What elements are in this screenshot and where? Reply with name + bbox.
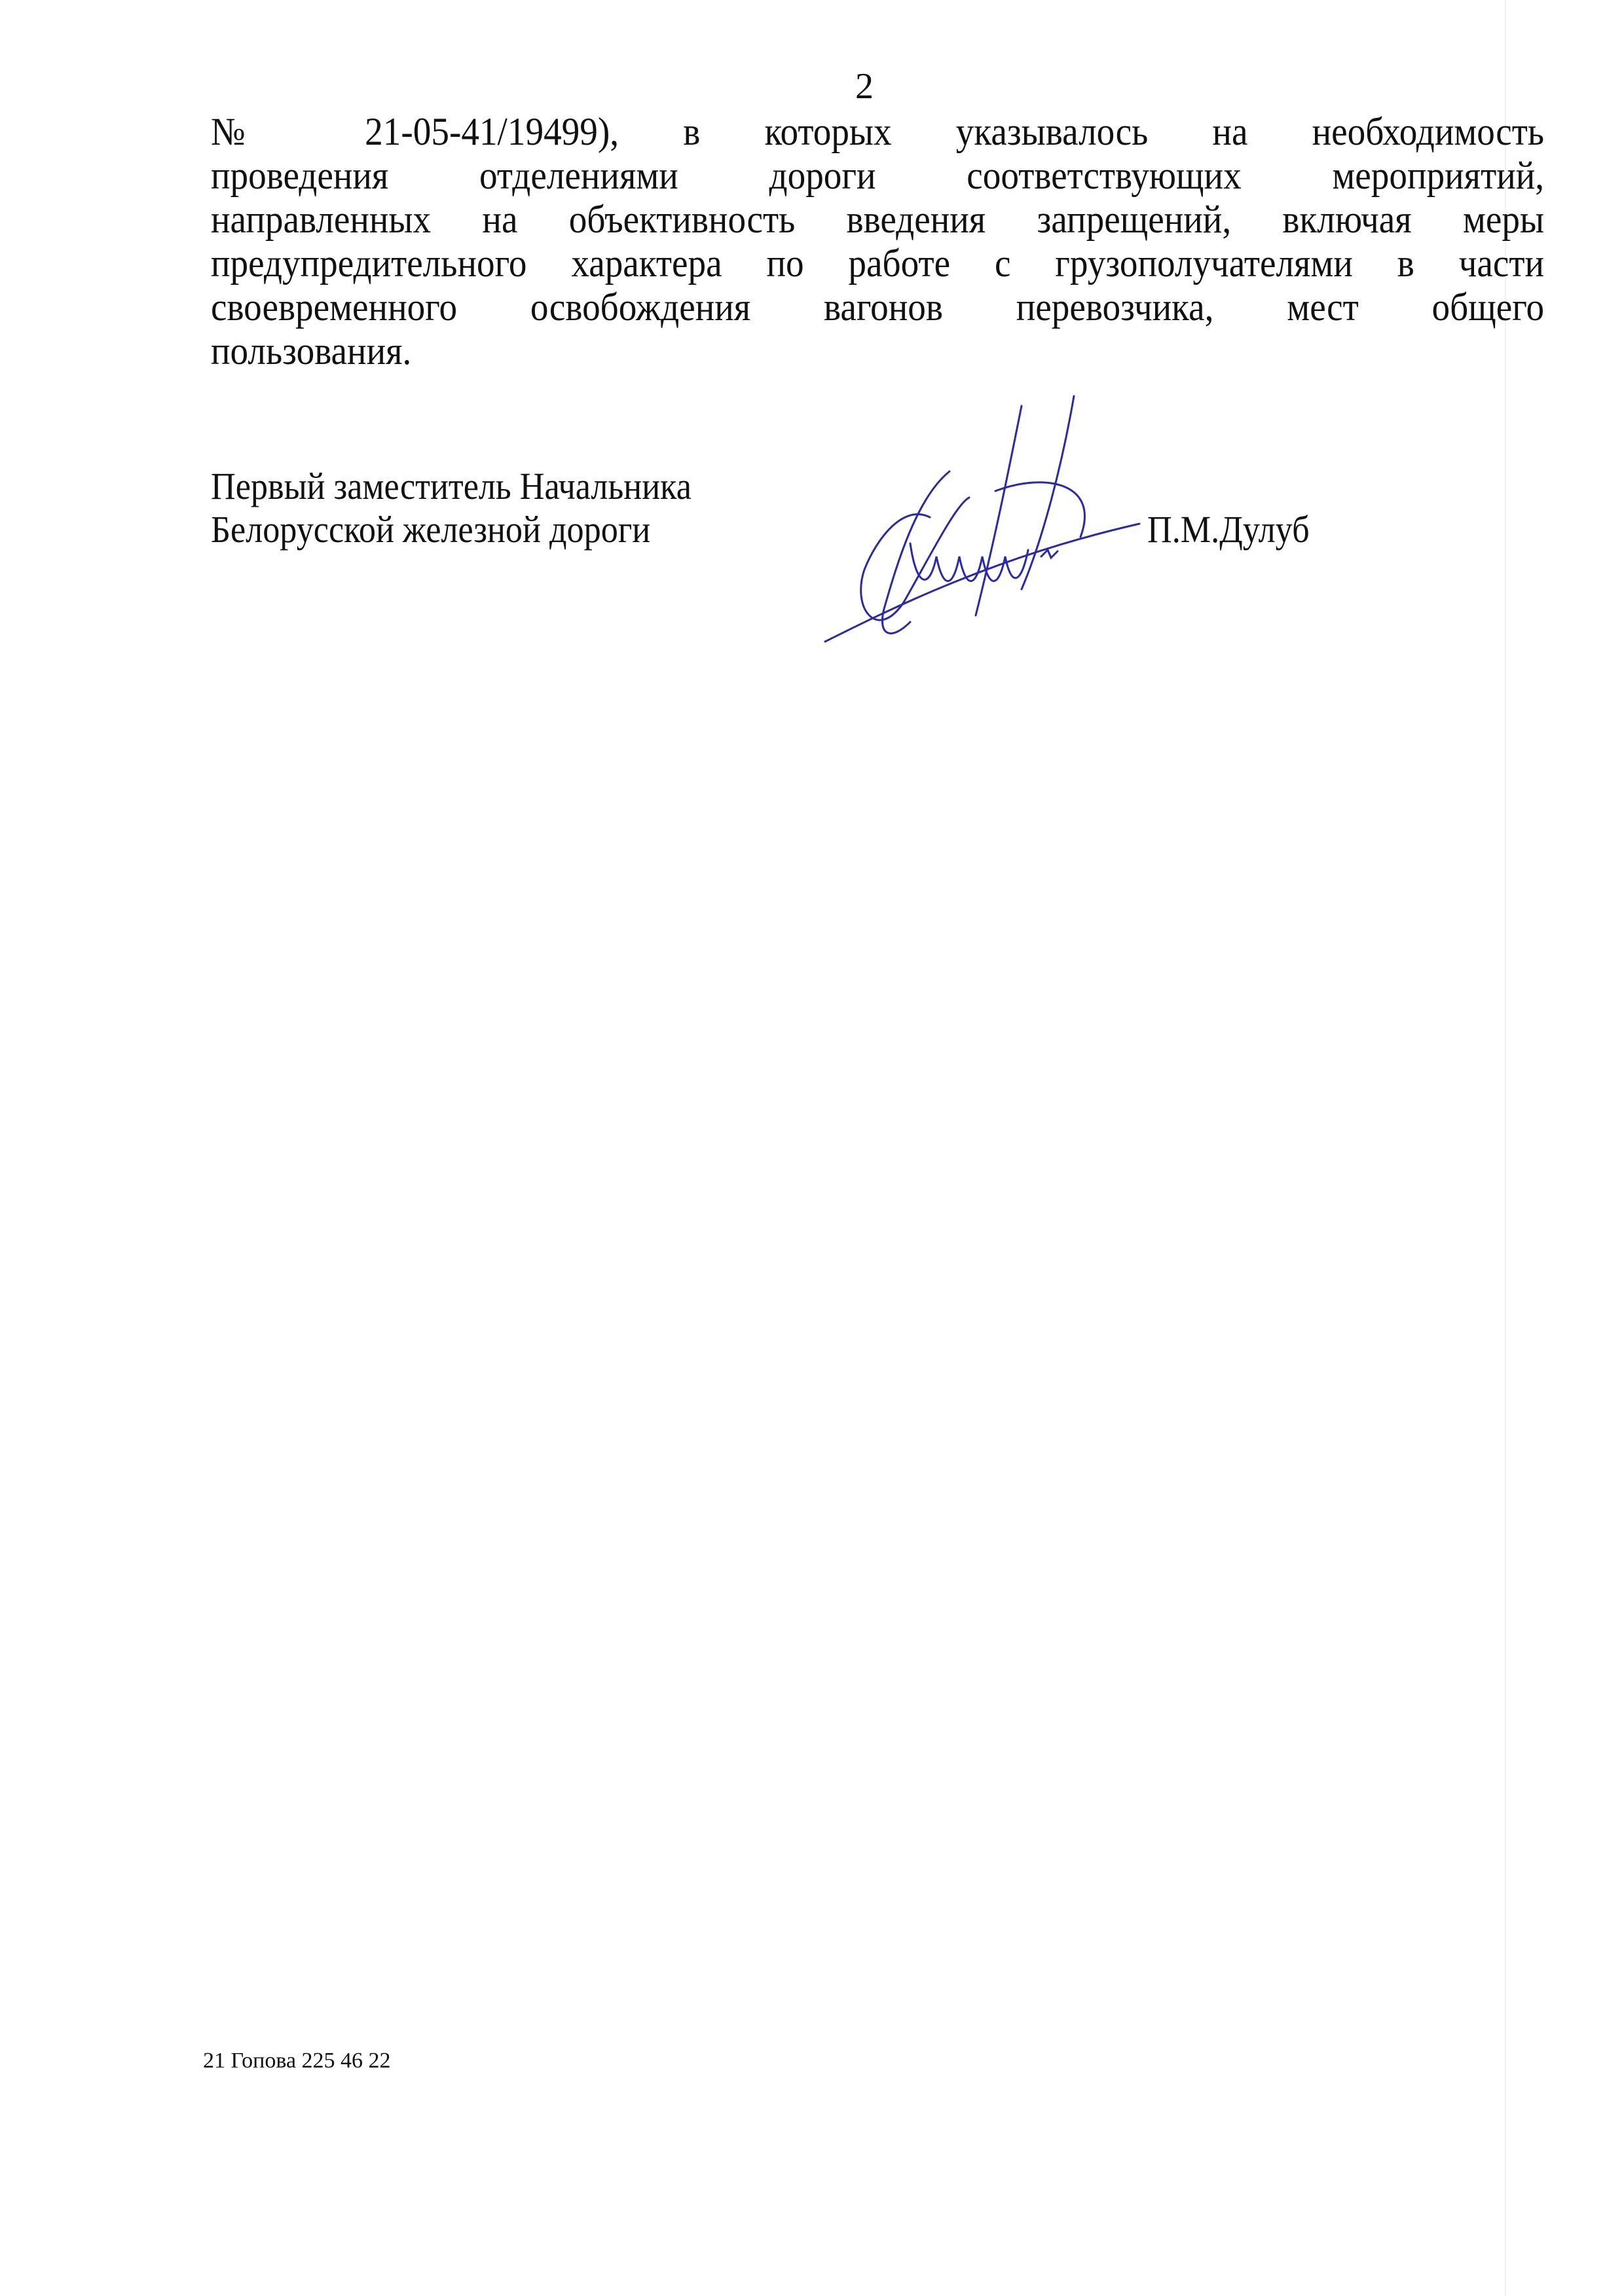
body-line: направленных на объективность введения з… — [211, 198, 1544, 242]
signatory-title-line1: Первый заместитель Начальника — [211, 465, 692, 508]
body-paragraph: № 21-05-41/19499), в которых указывалось… — [211, 110, 1544, 373]
signatory-name: П.М.Дулуб — [1147, 508, 1310, 551]
body-line: проведения отделениями дороги соответств… — [211, 154, 1544, 198]
body-line: пользования. — [211, 329, 1544, 373]
body-line: № 21-05-41/19499), в которых указывалось… — [211, 110, 1544, 154]
page-number: 2 — [0, 65, 1624, 107]
handwritten-signature-icon — [799, 393, 1166, 655]
body-line: предупредительного характера по работе с… — [211, 242, 1544, 285]
signatory-title-line2: Белорусской железной дороги — [211, 508, 692, 551]
executor-footnote: 21 Гопова 225 46 22 — [203, 2048, 391, 2074]
signatory-title: Первый заместитель Начальника Белорусско… — [211, 465, 692, 551]
body-line: своевременного освобождения вагонов пере… — [211, 285, 1544, 329]
